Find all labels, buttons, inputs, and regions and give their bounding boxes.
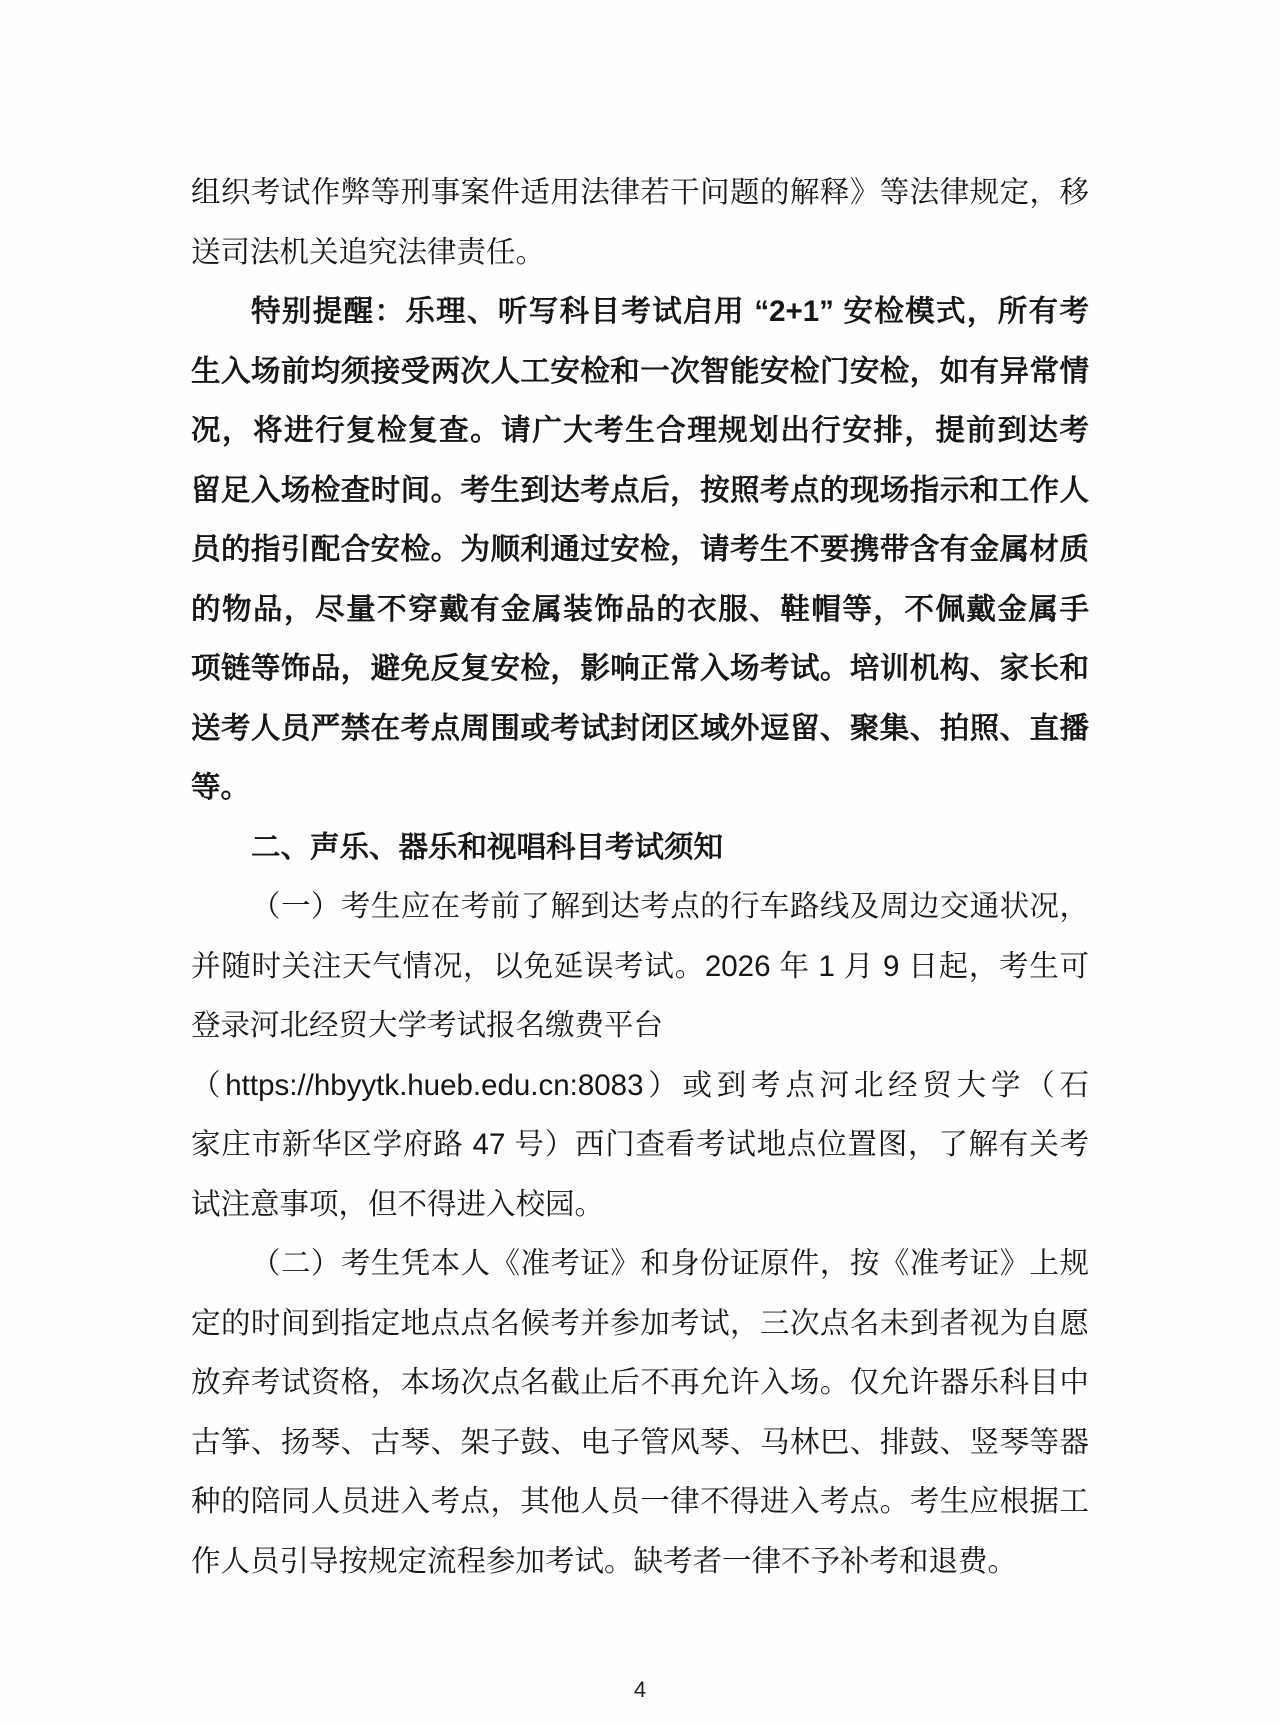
heading-section-two: 二、声乐、器乐和视唱科目考试须知 <box>191 818 1089 878</box>
text-line: 古筝、扬琴、古琴、架子鼓、电子管风琴、马林巴、排鼓、竖琴等器 <box>191 1413 1089 1473</box>
text-line: 登录河北经贸大学考试报名缴费平台 <box>191 996 1089 1056</box>
text-line: 并随时关注天气情况，以免延误考试。2026 年 1 月 9 日起，考生可 <box>191 937 1089 997</box>
text-line: 家庄市新华区学府路 47 号）西门查看考试地点位置图，了解有关考 <box>191 1115 1089 1175</box>
text-line: 送考人员严禁在考点周围或考试封闭区域外逗留、聚集、拍照、直播 <box>191 699 1089 759</box>
para-item-two: （二）考生凭本人《准考证》和身份证原件，按《准考证》上规定的时间到指定地点点名候… <box>191 1234 1089 1591</box>
para-legal-continuation: 组织考试作弊等刑事案件适用法律若干问题的解释》等法律规定，移送司法机关追究法律责… <box>191 163 1089 282</box>
text-line: 放弃考试资格，本场次点名截止后不再允许入场。仅允许器乐科目中 <box>191 1353 1089 1413</box>
page-footer: 4 <box>0 1672 1280 1708</box>
text-line: 况，将进行复检复查。请广大考生合理规划出行安排，提前到达考点， <box>191 401 1089 461</box>
text-line: 留足入场检查时间。考生到达考点后，按照考点的现场指示和工作人 <box>191 461 1089 521</box>
text-line: （https://hbyytk.hueb.edu.cn:8083）或到考点河北经… <box>191 1056 1089 1116</box>
text-line: （二）考生凭本人《准考证》和身份证原件，按《准考证》上规 <box>191 1234 1089 1294</box>
text-line: 作人员引导按规定流程参加考试。缺考者一律不予补考和退费。 <box>191 1532 1089 1592</box>
text-line: （一）考生应在考前了解到达考点的行车路线及周边交通状况， <box>191 877 1089 937</box>
page-number: 4 <box>634 1677 646 1702</box>
text-line: 试注意事项，但不得进入校园。 <box>191 1175 1089 1235</box>
document-page: 组织考试作弊等刑事案件适用法律若干问题的解释》等法律规定，移送司法机关追究法律责… <box>0 0 1280 1724</box>
text-line: 种的陪同人员进入考点，其他人员一律不得进入考点。考生应根据工 <box>191 1472 1089 1532</box>
para-special-reminder: 特别提醒：乐理、听写科目考试启用 “2+1” 安检模式，所有考生入场前均须接受两… <box>191 282 1089 818</box>
text-line: 特别提醒：乐理、听写科目考试启用 “2+1” 安检模式，所有考 <box>191 282 1089 342</box>
text-line: 生入场前均须接受两次人工安检和一次智能安检门安检，如有异常情 <box>191 342 1089 402</box>
text-line: 的物品，尽量不穿戴有金属装饰品的衣服、鞋帽等，不佩戴金属手镯、 <box>191 580 1089 640</box>
text-line: 项链等饰品，避免反复安检，影响正常入场考试。培训机构、家长和 <box>191 639 1089 699</box>
text-line: 员的指引配合安检。为顺利通过安检，请考生不要携带含有金属材质 <box>191 520 1089 580</box>
text-line: 等。 <box>191 758 1089 818</box>
page-body: 组织考试作弊等刑事案件适用法律若干问题的解释》等法律规定，移送司法机关追究法律责… <box>191 163 1089 1591</box>
para-item-one: （一）考生应在考前了解到达考点的行车路线及周边交通状况，并随时关注天气情况，以免… <box>191 877 1089 1234</box>
text-line: 组织考试作弊等刑事案件适用法律若干问题的解释》等法律规定，移 <box>191 163 1089 223</box>
text-line: 二、声乐、器乐和视唱科目考试须知 <box>191 818 1089 878</box>
text-line: 定的时间到指定地点点名候考并参加考试，三次点名未到者视为自愿 <box>191 1294 1089 1354</box>
text-line: 送司法机关追究法律责任。 <box>191 223 1089 283</box>
